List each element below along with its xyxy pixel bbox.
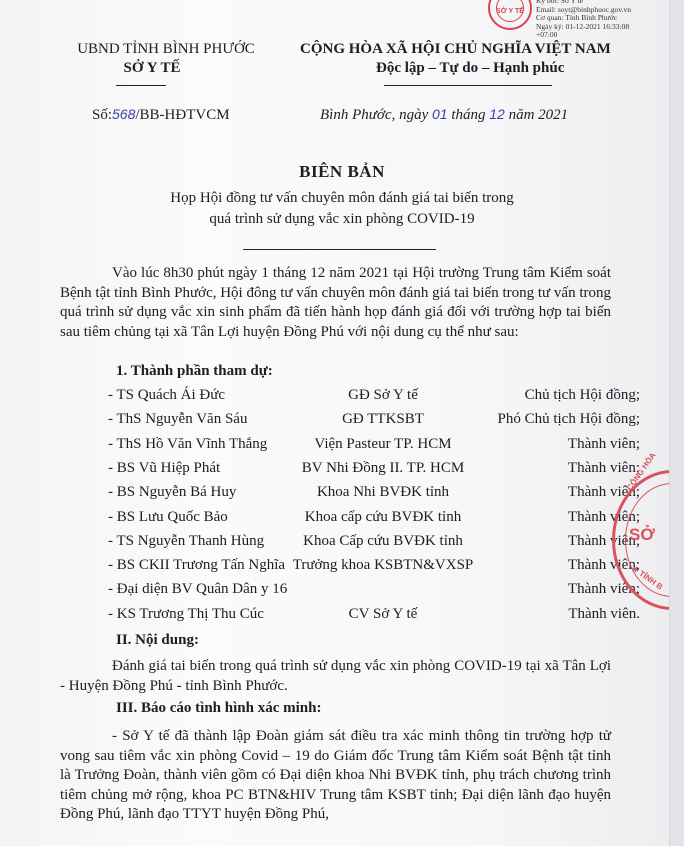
subtitle-line-2: quá trình sử dụng vắc xin phòng COVID-19: [0, 209, 684, 230]
digital-signature-info: Ký bởi: Sở Y tế Email: soyt@binhphuoc.go…: [536, 0, 631, 40]
attendee-role: Thành viên;: [478, 436, 640, 453]
attendee-row: - BS CKII Trương Tấn NghĩaTrưởng khoa KS…: [108, 557, 648, 577]
attendee-role: Chủ tịch Hội đồng;: [478, 387, 640, 404]
organization-name: SỞ Y TẾ: [28, 58, 276, 78]
document-page: SỞ Y TẾ Ký bởi: Sở Y tế Email: soyt@binh…: [0, 0, 670, 846]
attendee-organization: BV Nhi Đồng II. TP. HCM: [288, 460, 478, 477]
attendee-name: - Đại diện BV Quân Dân y 16: [108, 581, 287, 598]
subtitle-line-1: Họp Hội đồng tư vấn chuyên môn đánh giá …: [0, 188, 684, 209]
document-number: Số:568/BB-HĐTVCM: [92, 106, 230, 124]
document-title: BIÊN BẢN: [0, 162, 684, 182]
attendee-organization: GĐ TTKSBT: [288, 411, 478, 428]
doc-number-prefix: Số:: [92, 107, 112, 123]
seal-center-text: SỞ: [629, 525, 655, 545]
attendee-name: - TS Nguyễn Thanh Hùng: [108, 533, 264, 550]
document-subtitle: Họp Hội đồng tư vấn chuyên môn đánh giá …: [0, 188, 684, 230]
attendee-row: - ThS Hồ Văn Vĩnh ThắngViện Pasteur TP. …: [108, 436, 648, 456]
attendee-name: - KS Trương Thị Thu Cúc: [108, 606, 264, 623]
title-divider: [243, 249, 436, 250]
attendee-row: - BS Nguyễn Bá HuyKhoa Nhi BVĐK tỉnhThàn…: [108, 484, 648, 504]
intro-paragraph: Vào lúc 8h30 phút ngày 1 tháng 12 năm 20…: [60, 264, 611, 342]
header-divider-left: [116, 85, 166, 86]
attendee-row: - Đại diện BV Quân Dân y 16Thành viên;: [108, 581, 648, 601]
attendee-row: - TS Quách Ái ĐứcGĐ Sở Y tếChủ tịch Hội …: [108, 387, 648, 407]
date-day-handwritten: 01: [432, 106, 448, 122]
signature-stamp-label: SỞ Y TẾ: [490, 8, 530, 15]
attendee-name: - BS Vũ Hiệp Phát: [108, 460, 220, 477]
attendee-role: Thành viên;: [478, 581, 640, 598]
date-month-handwritten: 12: [489, 106, 505, 122]
national-header-block: CỘNG HÒA XÃ HỘI CHỦ NGHĨA VIỆT NAM Độc l…: [300, 40, 684, 86]
attendee-role: Phó Chủ tịch Hội đồng;: [478, 411, 640, 428]
section-2-paragraph: Đánh giá tai biến trong quá trình sử dụn…: [60, 657, 611, 696]
issuing-agency-block: UBND TỈNH BÌNH PHƯỚC SỞ Y TẾ: [56, 40, 276, 86]
intro-text: Vào lúc 8h30 phút ngày 1 tháng 12 năm 20…: [60, 265, 611, 340]
section-2-text: Đánh giá tai biến trong quá trình sử dụn…: [60, 658, 611, 694]
place-date-prefix: Bình Phước, ngày: [320, 107, 432, 123]
doc-number-handwritten: 568: [112, 106, 135, 122]
year-label: năm 2021: [505, 107, 568, 123]
attendee-row: - TS Nguyễn Thanh HùngKhoa Cấp cứu BVĐK …: [108, 533, 648, 553]
section-3-heading: III. Báo cáo tình hình xác minh:: [116, 700, 321, 717]
attendee-row: - ThS Nguyễn Văn SáuGĐ TTKSBTPhó Chủ tịc…: [108, 411, 648, 431]
place-and-date: Bình Phước, ngày 01 tháng 12 năm 2021: [320, 106, 568, 124]
signature-timezone: +07:00: [536, 31, 631, 40]
attendee-row: - BS Vũ Hiệp PhátBV Nhi Đồng II. TP. HCM…: [108, 460, 648, 480]
attendee-organization: GĐ Sở Y tế: [288, 387, 478, 404]
attendee-organization: Viện Pasteur TP. HCM: [288, 436, 478, 453]
attendee-name: - BS Lưu Quốc Bảo: [108, 509, 228, 526]
attendee-row: - BS Lưu Quốc BảoKhoa cấp cứu BVĐK tỉnhT…: [108, 509, 648, 529]
attendee-name: - ThS Hồ Văn Vĩnh Thắng: [108, 436, 267, 453]
attendee-name: - BS CKII Trương Tấn Nghĩa: [108, 557, 285, 574]
attendee-name: - TS Quách Ái Đức: [108, 387, 225, 404]
month-label: tháng: [448, 107, 490, 123]
attendee-name: - BS Nguyễn Bá Huy: [108, 484, 236, 501]
attendee-organization: Trưởng khoa KSBTN&VXSP: [288, 557, 478, 574]
section-3-text: - Sở Y tế đã thành lập Đoàn giám sát điề…: [60, 728, 611, 822]
attendee-name: - ThS Nguyễn Văn Sáu: [108, 411, 247, 428]
attendee-role: Thành viên.: [478, 606, 640, 623]
section-3-paragraph: - Sở Y tế đã thành lập Đoàn giám sát điề…: [60, 727, 611, 825]
header-divider-right: [384, 85, 552, 86]
national-title: CỘNG HÒA XÃ HỘI CHỦ NGHĨA VIỆT NAM: [300, 40, 684, 58]
section-1-heading: 1. Thành phần tham dự:: [116, 363, 273, 380]
national-motto: Độc lập – Tự do – Hạnh phúc: [376, 58, 684, 78]
attendee-role: Thành viên;: [478, 484, 640, 501]
page-edge: [669, 0, 684, 846]
section-2-heading: II. Nội dung:: [116, 632, 199, 649]
doc-number-suffix: /BB-HĐTVCM: [135, 107, 229, 123]
attendee-row: - KS Trương Thị Thu CúcCV Sở Y tếThành v…: [108, 606, 648, 626]
digital-signature-stamp-icon: SỞ Y TẾ: [488, 0, 532, 30]
attendee-organization: Khoa cấp cứu BVĐK tỉnh: [288, 509, 478, 526]
attendee-organization: CV Sở Y tế: [288, 606, 478, 623]
attendee-organization: Khoa Nhi BVĐK tỉnh: [288, 484, 478, 501]
attendee-organization: Khoa Cấp cứu BVĐK tỉnh: [288, 533, 478, 550]
attendee-role: Thành viên;: [478, 460, 640, 477]
parent-organization: UBND TỈNH BÌNH PHƯỚC: [56, 40, 276, 58]
